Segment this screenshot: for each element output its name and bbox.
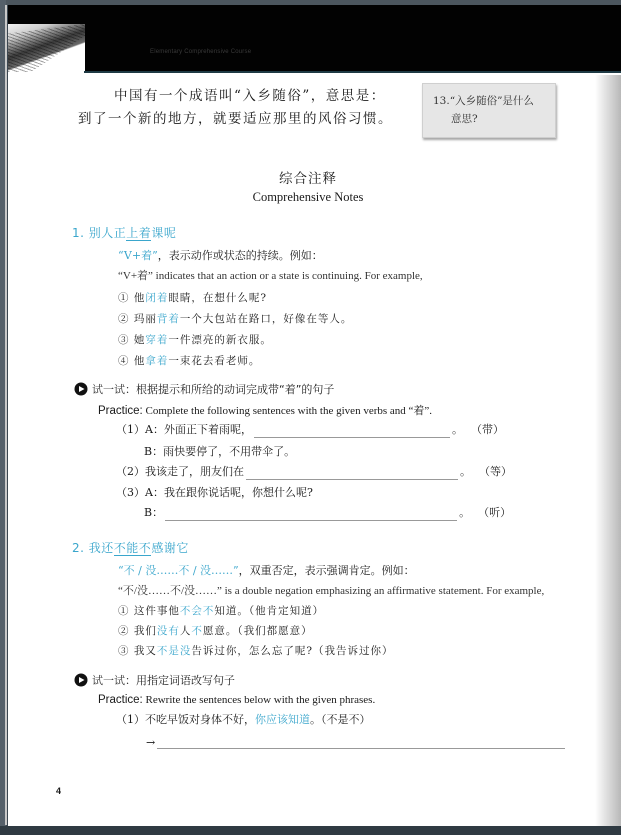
verb-hint: （带） bbox=[471, 422, 504, 438]
rewrite-exercise-1: （1）不吃早饭对身体不好，你应该知道。（不是不） bbox=[116, 712, 371, 728]
header-rule bbox=[84, 71, 621, 73]
example-highlight: 背着 bbox=[157, 313, 180, 325]
page-number: 4 bbox=[56, 786, 61, 796]
example-number: ① bbox=[118, 292, 130, 304]
example-highlight: 拿着 bbox=[145, 355, 168, 367]
example-highlight: 不 bbox=[191, 625, 203, 637]
section-2-heading: 2. 我还不能不感谢它 bbox=[72, 539, 189, 556]
practice-arrow-icon bbox=[74, 382, 88, 396]
exercise-1b: B：雨快要停了，不用带伞了。 bbox=[144, 444, 295, 460]
example-text: 他 bbox=[134, 355, 146, 367]
verb-hint: （等） bbox=[479, 464, 512, 480]
example-text: 愿意。（我们都愿意） bbox=[203, 625, 313, 637]
exercise-text: 不吃早饭对身体不好， bbox=[145, 712, 255, 728]
verb-hint: （听） bbox=[478, 505, 511, 521]
example-4: ④ 他拿着一束花去看老师。 bbox=[118, 353, 260, 369]
intro-line-2: 到了一个新的地方，就要适应那里的风俗习惯。 bbox=[78, 108, 408, 131]
document-page: Elementary Comprehensive Course 中国有一个成语叫… bbox=[8, 5, 621, 826]
intro-line-1: 中国有一个成语叫“入乡随俗”，意思是： bbox=[78, 85, 408, 108]
section-1-rule-en: “V+着” indicates that an action or a stat… bbox=[118, 269, 423, 284]
exercise-number: （1） bbox=[116, 712, 145, 728]
heading-text: 课呢 bbox=[151, 226, 176, 240]
exercise-number: （3） bbox=[116, 485, 145, 501]
example-text: 一个大包站在路口，好像在等人。 bbox=[180, 313, 353, 325]
section-2-rule-cn: “不 / 没……不 / 没……”，双重否定，表示强调肯定。例如： bbox=[118, 563, 415, 579]
example-text: 他 bbox=[134, 292, 146, 304]
speaker: B： bbox=[144, 444, 163, 460]
answer-blank[interactable] bbox=[246, 468, 458, 480]
exercise-3b: B： 。 （听） bbox=[144, 505, 511, 521]
rewrite-answer-line: → bbox=[146, 736, 567, 749]
try-it-2: 试一试：用指定词语改写句子 bbox=[74, 671, 235, 689]
practice-arrow-icon bbox=[74, 673, 88, 687]
example-text: 玛丽 bbox=[134, 313, 157, 325]
example-highlight: 没有 bbox=[157, 625, 180, 637]
question-line-1: 13.“入乡随俗”是什么 bbox=[433, 92, 555, 110]
example-text: 她 bbox=[134, 334, 146, 346]
example-number: ③ bbox=[118, 334, 130, 346]
exercise-1a: （1）A：外面正下着雨呢， 。 （带） bbox=[116, 422, 504, 438]
example-text: 一件漂亮的新衣服。 bbox=[168, 334, 272, 346]
example-2: ② 玛丽背着一个大包站在路口，好像在等人。 bbox=[118, 311, 352, 327]
try-it-1: 试一试：根据提示和所给的动词完成带“着”的句子 bbox=[74, 380, 334, 398]
example-highlight: 闭着 bbox=[145, 292, 168, 304]
practice-text: Complete the following sentences with th… bbox=[146, 405, 433, 417]
rule-text: ，表示动作或状态的持续。例如： bbox=[158, 249, 323, 262]
grammar-pattern: “不 / 没……不 / 没……” bbox=[118, 564, 239, 577]
try-label: 试一试： bbox=[92, 383, 136, 396]
exercise-number: （2） bbox=[116, 464, 145, 480]
exercise-3a: （3）A：我在跟你说话呢，你想什么呢? bbox=[116, 485, 313, 501]
grammar-pattern: “V+着” bbox=[118, 249, 158, 262]
example-text: 我们 bbox=[134, 625, 157, 637]
speaker: B： bbox=[144, 505, 163, 521]
try-instruction: 用指定词语改写句子 bbox=[136, 674, 235, 687]
example-number: ③ bbox=[118, 645, 130, 657]
exercise-2: （2）我该走了，朋友们在 。 （等） bbox=[116, 464, 512, 480]
speaker: A： bbox=[145, 485, 164, 501]
practice-label: Practice: bbox=[98, 694, 143, 706]
practice-2-instruction: Practice: Rewrite the sentences below wi… bbox=[98, 693, 375, 708]
heading-text: 别人正 bbox=[89, 226, 127, 240]
example-2-1: ① 这件事他不会不知道。（他肯定知道） bbox=[118, 603, 324, 619]
rule-text: ，双重否定，表示强调肯定。例如： bbox=[239, 564, 415, 577]
example-2-2: ② 我们没有人不愿意。（我们都愿意） bbox=[118, 623, 313, 639]
heading-keyword: 上着 bbox=[126, 226, 151, 241]
example-number: ④ bbox=[118, 355, 130, 367]
answer-blank[interactable] bbox=[165, 509, 457, 521]
example-highlight: 不是没 bbox=[157, 645, 192, 657]
heading-text: 我还 bbox=[89, 541, 114, 555]
example-text: 告诉过你，怎么忘了呢?（我告诉过你） bbox=[191, 645, 393, 657]
section-1-rule-cn: “V+着”，表示动作或状态的持续。例如： bbox=[118, 248, 323, 264]
example-highlight: 不会不 bbox=[180, 605, 215, 617]
section-number: 2. bbox=[72, 541, 84, 555]
margin-question-box: 13.“入乡随俗”是什么 意思? bbox=[422, 83, 556, 138]
exercise-text: 我在跟你说话呢，你想什么呢? bbox=[164, 485, 313, 501]
heading-keyword: 不能不 bbox=[114, 541, 152, 556]
example-text: 知道。（他肯定知道） bbox=[214, 605, 324, 617]
exercise-number: （1） bbox=[116, 422, 145, 438]
example-1: ① 他闭着眼睛，在想什么呢? bbox=[118, 290, 267, 306]
speaker: A： bbox=[145, 422, 164, 438]
practice-1-instruction: Practice: Complete the following sentenc… bbox=[98, 404, 432, 419]
notes-title: 综合注释 Comprehensive Notes bbox=[8, 170, 608, 206]
viewer-bottom-frame bbox=[0, 826, 621, 835]
practice-label: Practice: bbox=[98, 405, 143, 417]
intro-paragraph: 中国有一个成语叫“入乡随俗”，意思是： 到了一个新的地方，就要适应那里的风俗习惯… bbox=[78, 85, 408, 131]
practice-text: Rewrite the sentences below with the giv… bbox=[146, 694, 376, 706]
example-highlight: 穿着 bbox=[145, 334, 168, 346]
page-edge-shadow bbox=[595, 75, 621, 826]
answer-blank[interactable] bbox=[157, 737, 565, 749]
example-text: 这件事他 bbox=[134, 605, 180, 617]
example-text: 眼睛，在想什么呢? bbox=[168, 292, 267, 304]
try-instruction: 根据提示和所给的动词完成带“着”的句子 bbox=[136, 383, 334, 396]
notes-title-cn: 综合注释 bbox=[8, 170, 608, 188]
exercise-text: 雨快要停了，不用带伞了。 bbox=[163, 444, 295, 460]
example-text: 我又 bbox=[134, 645, 157, 657]
heading-text: 感谢它 bbox=[151, 541, 189, 555]
section-1-heading: 1. 别人正上着课呢 bbox=[72, 224, 176, 241]
section-number: 1. bbox=[72, 226, 84, 240]
arrow-icon: → bbox=[146, 736, 155, 749]
notes-title-en: Comprehensive Notes bbox=[8, 188, 608, 206]
example-number: ② bbox=[118, 625, 130, 637]
exercise-text: 。（不是不） bbox=[310, 712, 371, 728]
question-line-2: 意思? bbox=[433, 110, 555, 128]
try-label: 试一试： bbox=[92, 674, 136, 687]
example-3: ③ 她穿着一件漂亮的新衣服。 bbox=[118, 332, 272, 348]
exercise-highlight: 你应该知道 bbox=[255, 712, 310, 728]
example-2-3: ③ 我又不是没告诉过你，怎么忘了呢?（我告诉过你） bbox=[118, 643, 393, 659]
example-number: ② bbox=[118, 313, 130, 325]
viewer-left-edge bbox=[5, 5, 7, 825]
exercise-text: 外面正下着雨呢， bbox=[164, 422, 252, 438]
answer-blank[interactable] bbox=[254, 426, 450, 438]
example-text: 人 bbox=[180, 625, 192, 637]
page-header-band bbox=[8, 5, 621, 72]
example-number: ① bbox=[118, 605, 130, 617]
course-title: Elementary Comprehensive Course bbox=[150, 49, 251, 55]
header-roof-image bbox=[8, 24, 85, 72]
exercise-text: 我该走了，朋友们在 bbox=[145, 464, 244, 480]
example-text: 一束花去看老师。 bbox=[168, 355, 260, 367]
section-2-rule-en: “不/没……不/没……” is a double negation emphas… bbox=[118, 584, 544, 599]
